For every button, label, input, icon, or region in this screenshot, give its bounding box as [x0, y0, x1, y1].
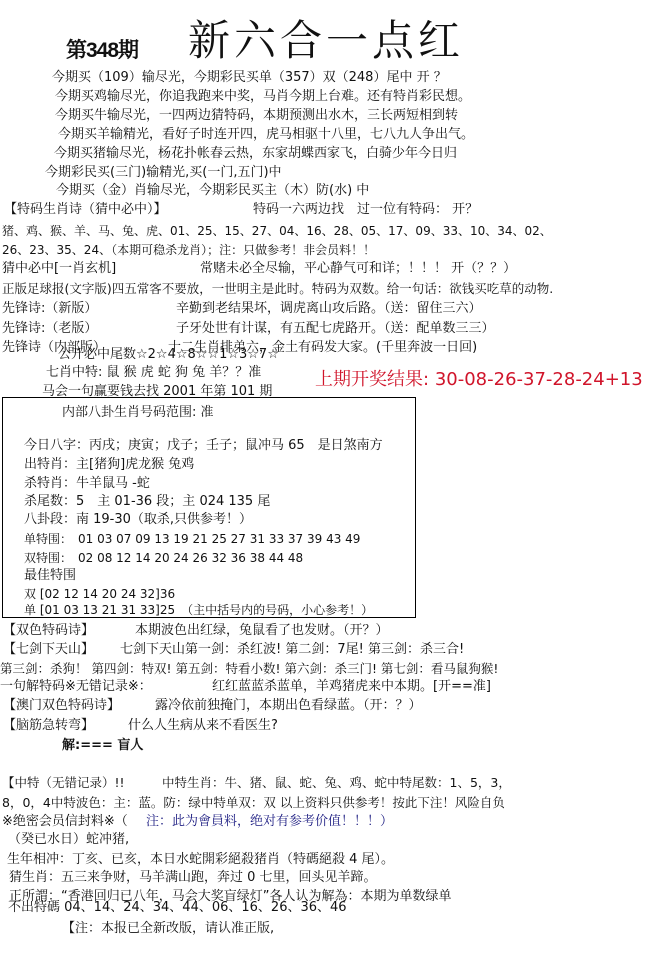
football-line: 正版足球报(文字版)四五常客不要放，一世明主是此时。特码为双数。给一句话：欲钱买… — [2, 280, 553, 298]
intro-line-6: 今期彩民买(三门)输精光,买(一门,五门)中 — [45, 164, 282, 182]
bagua-row-3: 杀特肖：牛羊鼠马 -蛇 — [24, 475, 150, 493]
riddle-answer: 解:=== 盲人 — [62, 737, 143, 755]
poem-list-1: 猪、鸡、猴、羊、马、兔、虎、01、25、15、27、04、16、28、05、17… — [2, 222, 552, 240]
pioneer-text-2: 子牙处世有计谋，有五配七虎路开。（送：配单数三三） — [176, 320, 495, 338]
bagua-row-5: 八卦段：南 19-30（取杀,只供参考！） — [24, 511, 252, 529]
bagua-row-8: 最佳特围 — [24, 567, 76, 585]
seven-swords-line2: 第三剑：杀狗！ 第四剑：特双! 第五剑：特看小数! 第六剑：杀三门! 第七剑：看… — [0, 660, 498, 678]
bagua-title: 内部八卦生肖号码范围: 准 — [62, 404, 214, 422]
bagua-row-6: 单特围： 01 03 07 09 13 19 21 25 27 31 33 37… — [24, 530, 360, 548]
double-color-label: 【双色特码诗】 — [3, 622, 94, 640]
seven-swords-text: 七剑下天山第一剑：杀红波! 第二剑：7尾! 第三剑：杀三合! — [120, 641, 464, 659]
bagua-row-2: 出特肖：主[猪狗]虎龙猴 兔鸡 — [24, 456, 194, 474]
issue-number: 第348期 — [66, 34, 138, 64]
one-sentence-text: 红红蓝蓝杀蓝单，羊鸡猪虎来中本期。[开==准] — [212, 678, 491, 696]
poem-list-2: 26、23、35、24、（本期可稳杀龙肖）；注：只做参考！非会员料！！ — [2, 241, 375, 259]
guess-label: 猜中必中[一肖玄机] — [2, 260, 116, 278]
macau-poem-text: 露冷依前独掩门，本期出色看绿蓝。（开：？） — [155, 697, 422, 715]
one-sentence-label: 一句解特码※无错记录※： — [0, 678, 152, 696]
footer-note: 【注：本报已全新改版，请认准正版, — [62, 920, 274, 938]
bagua-row-10: 单 [01 03 13 21 31 33]25 （主中括号内的号码，小心参考！） — [24, 601, 373, 619]
bagua-row-4: 杀尾数：5 主 01-36 段；主 024 135 尾 — [24, 493, 270, 511]
vip-label: ※绝密会员信封料※（ — [2, 813, 128, 831]
intro-line-7: 今期买（金）肖输尽光，今期彩民买主（木）防(水) 中 — [56, 182, 369, 200]
riddle-question: 什么人生病从来不看医生? — [128, 717, 278, 735]
vip-note: 注：此为會員料，绝对有参考价值！！！） — [146, 813, 393, 831]
pioneer-label-2: 先锋诗:（老版） — [2, 320, 97, 338]
intro-line-3: 今期买牛输尽光，一四两边猜特码，本期预测出水木，三长两短相到转 — [55, 107, 458, 125]
riddle-label: 【脑筋急转弯】 — [3, 717, 94, 735]
bagua-row-1: 今日八字：丙戌；庚寅；戊子；壬子；鼠冲马 65 是日煞南方 — [24, 437, 383, 455]
poem-label: 【特码生肖诗（猜中必中）】 — [4, 201, 167, 219]
last-result-label: 上期开奖结果: — [315, 369, 429, 390]
last-result-numbers: 30-08-26-37-28-24+13 — [435, 369, 643, 390]
last-result: 上期开奖结果: 30-08-26-37-28-24+13 — [315, 368, 643, 392]
guess-text: 常赌未必全尽输，平心静气可和详；！！！ 开（？？） — [200, 260, 516, 278]
tail-numbers: 公开必中尾数☆2☆4☆8☆☆1☆3☆7☆ — [58, 346, 279, 364]
winning-record-line1: 【中特（无错记录）!! 中特生肖：牛、猪、鼠、蛇、兔、鸡、蛇中特尾数：1、5，3… — [2, 774, 511, 792]
vip-line-1: （癸已水日）蛇冲猪, — [8, 831, 129, 849]
page-title: 新六合一点红 — [188, 16, 464, 66]
intro-line-4: 今期买羊输精光，看好子时连开四，虎马相驱十八里，七八九人争出气。 — [58, 126, 474, 144]
double-color-text: 本期波色出红绿，兔鼠看了也发财。（开？） — [135, 622, 389, 640]
intro-line-1: 今期买（109）输尽光，今期彩民买单（357）双（248）尾中 开 ？ — [52, 69, 447, 87]
bagua-row-7: 双特围： 02 08 12 14 20 24 26 32 36 38 44 48 — [24, 549, 303, 567]
vip-line-3: 猜生肖：五三来争财，马羊满山跑，奔过 0 七里，回头见羊蹄。 — [9, 869, 377, 887]
vip-line-2: 生年相冲：丁亥、已亥，本日水蛇開彩絕殺猪肖（特碼絕殺 4 尾）。 — [7, 851, 394, 869]
pioneer-text-1: 辛勤到老结果坏，调虎离山攻后路。（送：留住三六） — [176, 300, 482, 318]
seven-zodiac: 七肖中特: 鼠 猴 虎 蛇 狗 兔 羊？？准 — [46, 364, 261, 382]
winning-record-line2: 8，0，4中特波色：主：蓝。防：绿中特单双：双 以上资料只供参考！按此下注！风险… — [2, 794, 505, 812]
vip-line-5: 不出特碼 04、14、24、34、44、06、16、26、36、46 — [8, 899, 347, 917]
intro-line-5: 今期买猪输尽光，杨花扑帐春云热，东家胡蝶西家飞，白骑少年今日归 — [54, 145, 457, 163]
intro-line-2: 今期买鸡输尽光，你追我跑来中奖，马肖今期上台难。还有特肖彩民想。 — [55, 88, 471, 106]
macau-poem-label: 【澳门双色特码诗】 — [3, 697, 120, 715]
pioneer-label-1: 先锋诗:（新版） — [2, 300, 97, 318]
seven-swords-label: 【七剑下天山】 — [3, 641, 94, 659]
poem-text: 特码一六两边找 过一位有特码： 开？ — [253, 201, 478, 219]
